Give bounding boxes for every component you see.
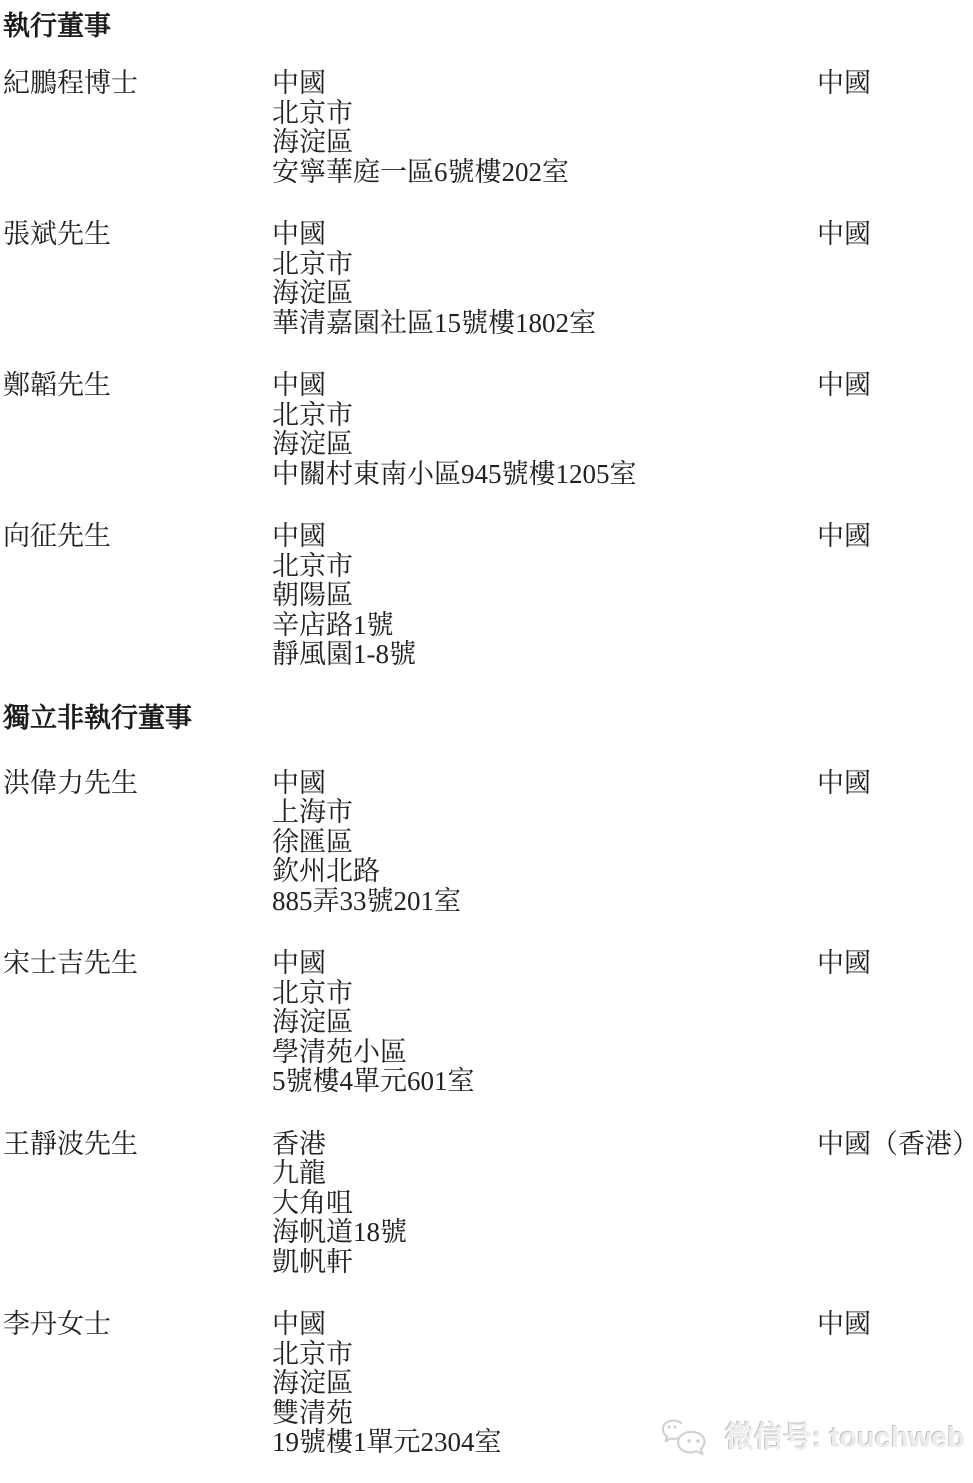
wechat-icon xyxy=(660,1416,716,1462)
address-line: 北京市 xyxy=(272,99,817,129)
address-line: 香港 xyxy=(272,1130,817,1160)
director-name: 王靜波先生 xyxy=(3,1130,272,1278)
director-nationality: 中國 xyxy=(817,69,973,187)
address-line: 中國 xyxy=(272,69,817,99)
address-line: 欽州北路 xyxy=(272,857,817,887)
director-nationality: 中國（香港） xyxy=(817,1130,973,1278)
director-address: 中國 北京市 海淀區 安寧華庭一區6號樓202室 xyxy=(272,69,817,187)
address-line: 885弄33號201室 xyxy=(272,887,817,917)
director-address: 中國 上海市 徐匯區 欽州北路 885弄33號201室 xyxy=(272,769,817,917)
address-line: 朝陽區 xyxy=(272,581,817,611)
directors-page: 執行董事 紀鵬程博士 中國 北京市 海淀區 安寧華庭一區6號樓202室 中國 張… xyxy=(0,0,973,1458)
address-line: 徐匯區 xyxy=(272,828,817,858)
address-line: 中國 xyxy=(272,371,817,401)
director-address: 中國 北京市 海淀區 中關村東南小區945號樓1205室 xyxy=(272,371,817,489)
address-line: 安寧華庭一區6號樓202室 xyxy=(272,158,817,188)
address-line: 北京市 xyxy=(272,250,817,280)
address-line: 海淀區 xyxy=(272,128,817,158)
director-entry: 向征先生 中國 北京市 朝陽區 辛店路1號 靜風園1-8號 中國 xyxy=(3,522,973,670)
address-line: 海淀區 xyxy=(272,279,817,309)
address-line: 北京市 xyxy=(272,552,817,582)
director-nationality: 中國 xyxy=(817,522,973,670)
address-line: 中國 xyxy=(272,769,817,799)
address-line: 北京市 xyxy=(272,1340,817,1370)
section-heading-executive-directors: 執行董事 xyxy=(3,11,973,41)
director-entry: 王靜波先生 香港 九龍 大角咀 海帆道18號 凱帆軒 中國（香港） xyxy=(3,1130,973,1278)
address-line: 中國 xyxy=(272,949,817,979)
watermark-text: 微信号: touchweb xyxy=(725,1424,965,1454)
address-line: 海淀區 xyxy=(272,1008,817,1038)
director-name: 李丹女士 xyxy=(3,1310,272,1458)
address-line: 海淀區 xyxy=(272,1369,817,1399)
director-name: 紀鵬程博士 xyxy=(3,69,272,187)
address-line: 辛店路1號 xyxy=(272,611,817,641)
address-line: 上海市 xyxy=(272,798,817,828)
director-address: 中國 北京市 朝陽區 辛店路1號 靜風園1-8號 xyxy=(272,522,817,670)
address-line: 中國 xyxy=(272,522,817,552)
director-nationality: 中國 xyxy=(817,769,973,917)
director-entry: 宋士吉先生 中國 北京市 海淀區 學清苑小區 5號樓4單元601室 中國 xyxy=(3,949,973,1097)
address-line: 學清苑小區 xyxy=(272,1038,817,1068)
address-line: 中國 xyxy=(272,220,817,250)
address-line: 靜風園1-8號 xyxy=(272,640,817,670)
address-line: 九龍 xyxy=(272,1159,817,1189)
director-entry: 張斌先生 中國 北京市 海淀區 華清嘉園社區15號樓1802室 中國 xyxy=(3,220,973,338)
address-line: 北京市 xyxy=(272,979,817,1009)
director-nationality: 中國 xyxy=(817,371,973,489)
director-name: 宋士吉先生 xyxy=(3,949,272,1097)
address-line: 中國 xyxy=(272,1310,817,1340)
director-name: 張斌先生 xyxy=(3,220,272,338)
address-line: 北京市 xyxy=(272,401,817,431)
address-line: 海淀區 xyxy=(272,430,817,460)
address-line: 華清嘉園社區15號樓1802室 xyxy=(272,309,817,339)
address-line: 大角咀 xyxy=(272,1189,817,1219)
director-address: 香港 九龍 大角咀 海帆道18號 凱帆軒 xyxy=(272,1130,817,1278)
director-entry: 鄭韜先生 中國 北京市 海淀區 中關村東南小區945號樓1205室 中國 xyxy=(3,371,973,489)
director-name: 鄭韜先生 xyxy=(3,371,272,489)
address-line: 5號樓4單元601室 xyxy=(272,1067,817,1097)
director-address: 中國 北京市 海淀區 華清嘉園社區15號樓1802室 xyxy=(272,220,817,338)
section-heading-independent-non-executive-directors: 獨立非執行董事 xyxy=(3,703,973,733)
director-entry: 紀鵬程博士 中國 北京市 海淀區 安寧華庭一區6號樓202室 中國 xyxy=(3,69,973,187)
address-line: 凱帆軒 xyxy=(272,1248,817,1278)
address-line: 海帆道18號 xyxy=(272,1218,817,1248)
director-address: 中國 北京市 海淀區 學清苑小區 5號樓4單元601室 xyxy=(272,949,817,1097)
director-entry: 洪偉力先生 中國 上海市 徐匯區 欽州北路 885弄33號201室 中國 xyxy=(3,769,973,917)
director-nationality: 中國 xyxy=(817,220,973,338)
director-name: 向征先生 xyxy=(3,522,272,670)
watermark: 微信号: touchweb xyxy=(660,1416,965,1462)
address-line: 中關村東南小區945號樓1205室 xyxy=(272,460,817,490)
director-nationality: 中國 xyxy=(817,949,973,1097)
director-name: 洪偉力先生 xyxy=(3,769,272,917)
